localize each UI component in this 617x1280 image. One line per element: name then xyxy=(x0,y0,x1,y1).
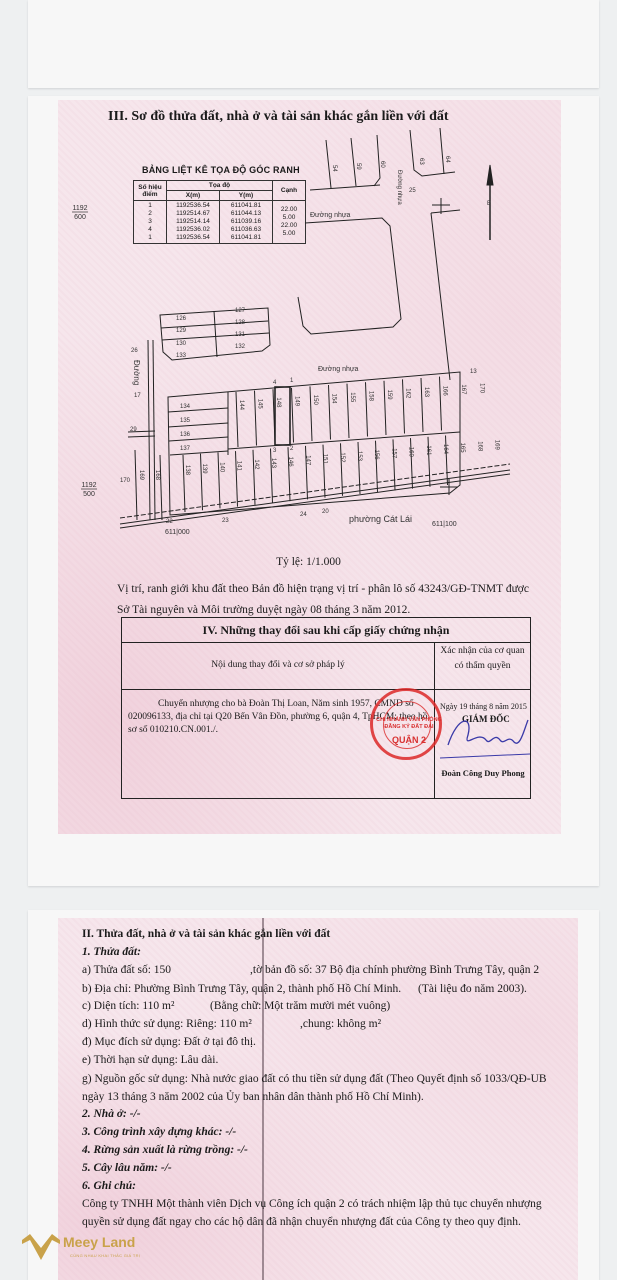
map-note: Vị trí, ranh giới khu đất theo Bản đồ hi… xyxy=(117,579,537,621)
svg-text:1: 1 xyxy=(290,378,294,384)
svg-text:59: 59 xyxy=(355,163,361,170)
svg-text:25: 25 xyxy=(409,188,416,194)
grid-x1: 611|000 xyxy=(165,529,190,536)
meey-land-logo-icon xyxy=(20,1232,62,1262)
grid-top-num: 1192 xyxy=(72,205,87,212)
svg-text:128: 128 xyxy=(235,320,246,326)
svg-text:13: 13 xyxy=(470,369,477,375)
field-map-sheet: ,tờ bản đồ số: 37 Bộ địa chính phường Bì… xyxy=(250,964,539,976)
svg-text:142: 142 xyxy=(253,459,259,470)
svg-text:141: 141 xyxy=(236,461,242,472)
ward-label: phường Cát Lái xyxy=(349,514,412,524)
field-area-words: (Bằng chữ: Một trăm mười mét vuông) xyxy=(210,1000,390,1012)
road-label-1: Đường nhựa xyxy=(310,212,351,219)
svg-text:169: 169 xyxy=(138,470,144,481)
grid-top-den: 600 xyxy=(74,214,86,221)
svg-text:127: 127 xyxy=(235,308,246,314)
changes-table-title: IV. Những thay đổi sau khi cấp giấy chứn… xyxy=(122,618,530,643)
svg-text:161: 161 xyxy=(425,445,431,456)
svg-text:153: 153 xyxy=(356,451,362,462)
parcel-map: 5459606364251261271291281301311331322617… xyxy=(60,128,540,548)
field-address: b) Địa chỉ: Phường Bình Trưng Tây, quận … xyxy=(82,983,401,995)
svg-text:149: 149 xyxy=(294,396,300,407)
official-seal: CHI NHÁNH VĂN PHÒNG ĐĂNG KÝ ĐẤT ĐAI QUẬN… xyxy=(370,688,442,760)
svg-text:152: 152 xyxy=(339,452,345,463)
svg-text:60: 60 xyxy=(379,161,385,168)
svg-text:132: 132 xyxy=(235,344,246,350)
note-line2: quyền sử dụng đất ngay cho các hộ dân đã… xyxy=(82,1216,521,1228)
map-scale: Tỷ lệ: 1/1.000 xyxy=(0,556,617,568)
svg-text:129: 129 xyxy=(176,328,187,334)
svg-text:137: 137 xyxy=(180,446,191,452)
svg-text:17: 17 xyxy=(134,393,141,399)
svg-text:20: 20 xyxy=(322,509,329,515)
section2-title: II. Thửa đất, nhà ở và tài sản khác gắn … xyxy=(82,928,330,940)
svg-text:164: 164 xyxy=(442,444,448,455)
svg-text:151: 151 xyxy=(322,454,328,465)
watermark-tagline: CÙNG NHAU KHAI THÁC GIÁ TRỊ xyxy=(70,1253,140,1258)
svg-text:138: 138 xyxy=(184,465,190,476)
svg-text:163: 163 xyxy=(423,387,429,398)
svg-text:168: 168 xyxy=(154,470,160,481)
svg-text:155: 155 xyxy=(349,392,355,403)
subsection-forest: 4. Rừng sản xuất là rừng trồng: -/- xyxy=(82,1144,248,1156)
svg-text:159: 159 xyxy=(386,390,392,401)
subsection-perennial: 5. Cây lâu năm: -/- xyxy=(82,1162,172,1174)
svg-text:170: 170 xyxy=(479,383,485,394)
changes-table: IV. Những thay đổi sau khi cấp giấy chứn… xyxy=(121,617,531,799)
grid-bottom-num: 1192 xyxy=(81,482,96,489)
col-content-header: Nội dung thay đổi và cơ sở pháp lý xyxy=(122,642,434,689)
svg-text:4: 4 xyxy=(273,380,277,386)
svg-text:145: 145 xyxy=(257,399,263,410)
svg-text:170: 170 xyxy=(120,478,131,484)
svg-text:144: 144 xyxy=(238,400,244,411)
svg-text:160: 160 xyxy=(408,447,414,458)
previous-image-card xyxy=(28,0,599,88)
field-usage-form: d) Hình thức sử dụng: Riêng: 110 m² xyxy=(82,1018,252,1030)
field-usage-shared: ,chung: không m² xyxy=(300,1018,381,1030)
svg-text:22: 22 xyxy=(166,519,173,525)
subsection-house: 2. Nhà ở: -/- xyxy=(82,1108,141,1120)
svg-text:143: 143 xyxy=(270,458,276,469)
svg-text:157: 157 xyxy=(390,448,396,459)
svg-text:131: 131 xyxy=(235,332,246,338)
subsection-other-works: 3. Công trình xây dựng khác: -/- xyxy=(82,1126,236,1138)
svg-text:168: 168 xyxy=(476,441,482,452)
svg-text:140: 140 xyxy=(218,462,224,473)
svg-text:150: 150 xyxy=(312,395,318,406)
subsection-land: 1. Thửa đất: xyxy=(82,946,141,958)
svg-text:63: 63 xyxy=(418,158,424,165)
svg-text:165: 165 xyxy=(459,443,465,454)
field-origin-line2: ngày 13 tháng 3 năm 2002 của Ủy ban nhân… xyxy=(82,1091,424,1103)
section3-title: III. Sơ đồ thửa đất, nhà ở và tài sản kh… xyxy=(108,109,449,125)
svg-text:64: 64 xyxy=(444,156,450,163)
svg-text:23: 23 xyxy=(222,518,229,524)
svg-text:156: 156 xyxy=(373,450,379,461)
road-label-left: Đường xyxy=(132,360,141,385)
north-label: B xyxy=(487,201,491,207)
field-origin-line1: g) Nguồn gốc sử dụng: Nhà nước giao đất … xyxy=(82,1073,547,1085)
svg-text:167: 167 xyxy=(460,384,466,395)
svg-text:126: 126 xyxy=(176,316,187,322)
note-line1: Công ty TNHH Một thành viên Dịch vụ Công… xyxy=(82,1198,542,1210)
signer-name: Đoàn Công Duy Phong xyxy=(436,768,530,778)
svg-text:162: 162 xyxy=(405,388,411,399)
svg-text:130: 130 xyxy=(176,341,187,347)
svg-text:147: 147 xyxy=(304,455,310,466)
svg-text:146: 146 xyxy=(287,457,293,468)
road-label-2: Đường nhựa xyxy=(318,366,359,373)
field-usage-purpose: đ) Mục đích sử dụng: Đất ở tại đô thị. xyxy=(82,1036,256,1048)
svg-text:139: 139 xyxy=(201,464,207,475)
svg-text:136: 136 xyxy=(180,432,191,438)
svg-text:133: 133 xyxy=(176,353,187,359)
svg-text:24: 24 xyxy=(300,512,307,518)
signature xyxy=(438,710,530,760)
grid-bottom-den: 500 xyxy=(83,491,95,498)
svg-text:148: 148 xyxy=(275,397,281,408)
road-label-vertical: Đường nhựa xyxy=(396,170,402,205)
svg-text:154: 154 xyxy=(331,394,337,405)
watermark-brand: Meey Land xyxy=(63,1234,135,1250)
field-survey-doc: (Tài liệu đo năm 2003). xyxy=(418,983,527,995)
svg-text:54: 54 xyxy=(331,165,337,172)
svg-text:3: 3 xyxy=(273,448,277,454)
svg-text:169: 169 xyxy=(494,440,500,451)
svg-text:26: 26 xyxy=(131,348,138,354)
col-confirm-header: Xác nhận của cơ quan có thẩm quyền xyxy=(435,644,530,674)
svg-text:134: 134 xyxy=(180,404,191,410)
svg-text:2: 2 xyxy=(290,446,294,452)
grid-x2: 611|100 xyxy=(432,521,457,528)
svg-text:29: 29 xyxy=(130,427,137,433)
field-parcel-number: a) Thửa đất số: 150 xyxy=(82,964,171,976)
field-area: c) Diện tích: 110 m² xyxy=(82,1000,174,1012)
field-usage-term: e) Thời hạn sử dụng: Lâu dài. xyxy=(82,1054,218,1066)
svg-text:158: 158 xyxy=(368,391,374,402)
subsection-notes: 6. Ghi chú: xyxy=(82,1180,136,1192)
svg-text:166: 166 xyxy=(442,386,448,397)
svg-text:135: 135 xyxy=(180,418,191,424)
